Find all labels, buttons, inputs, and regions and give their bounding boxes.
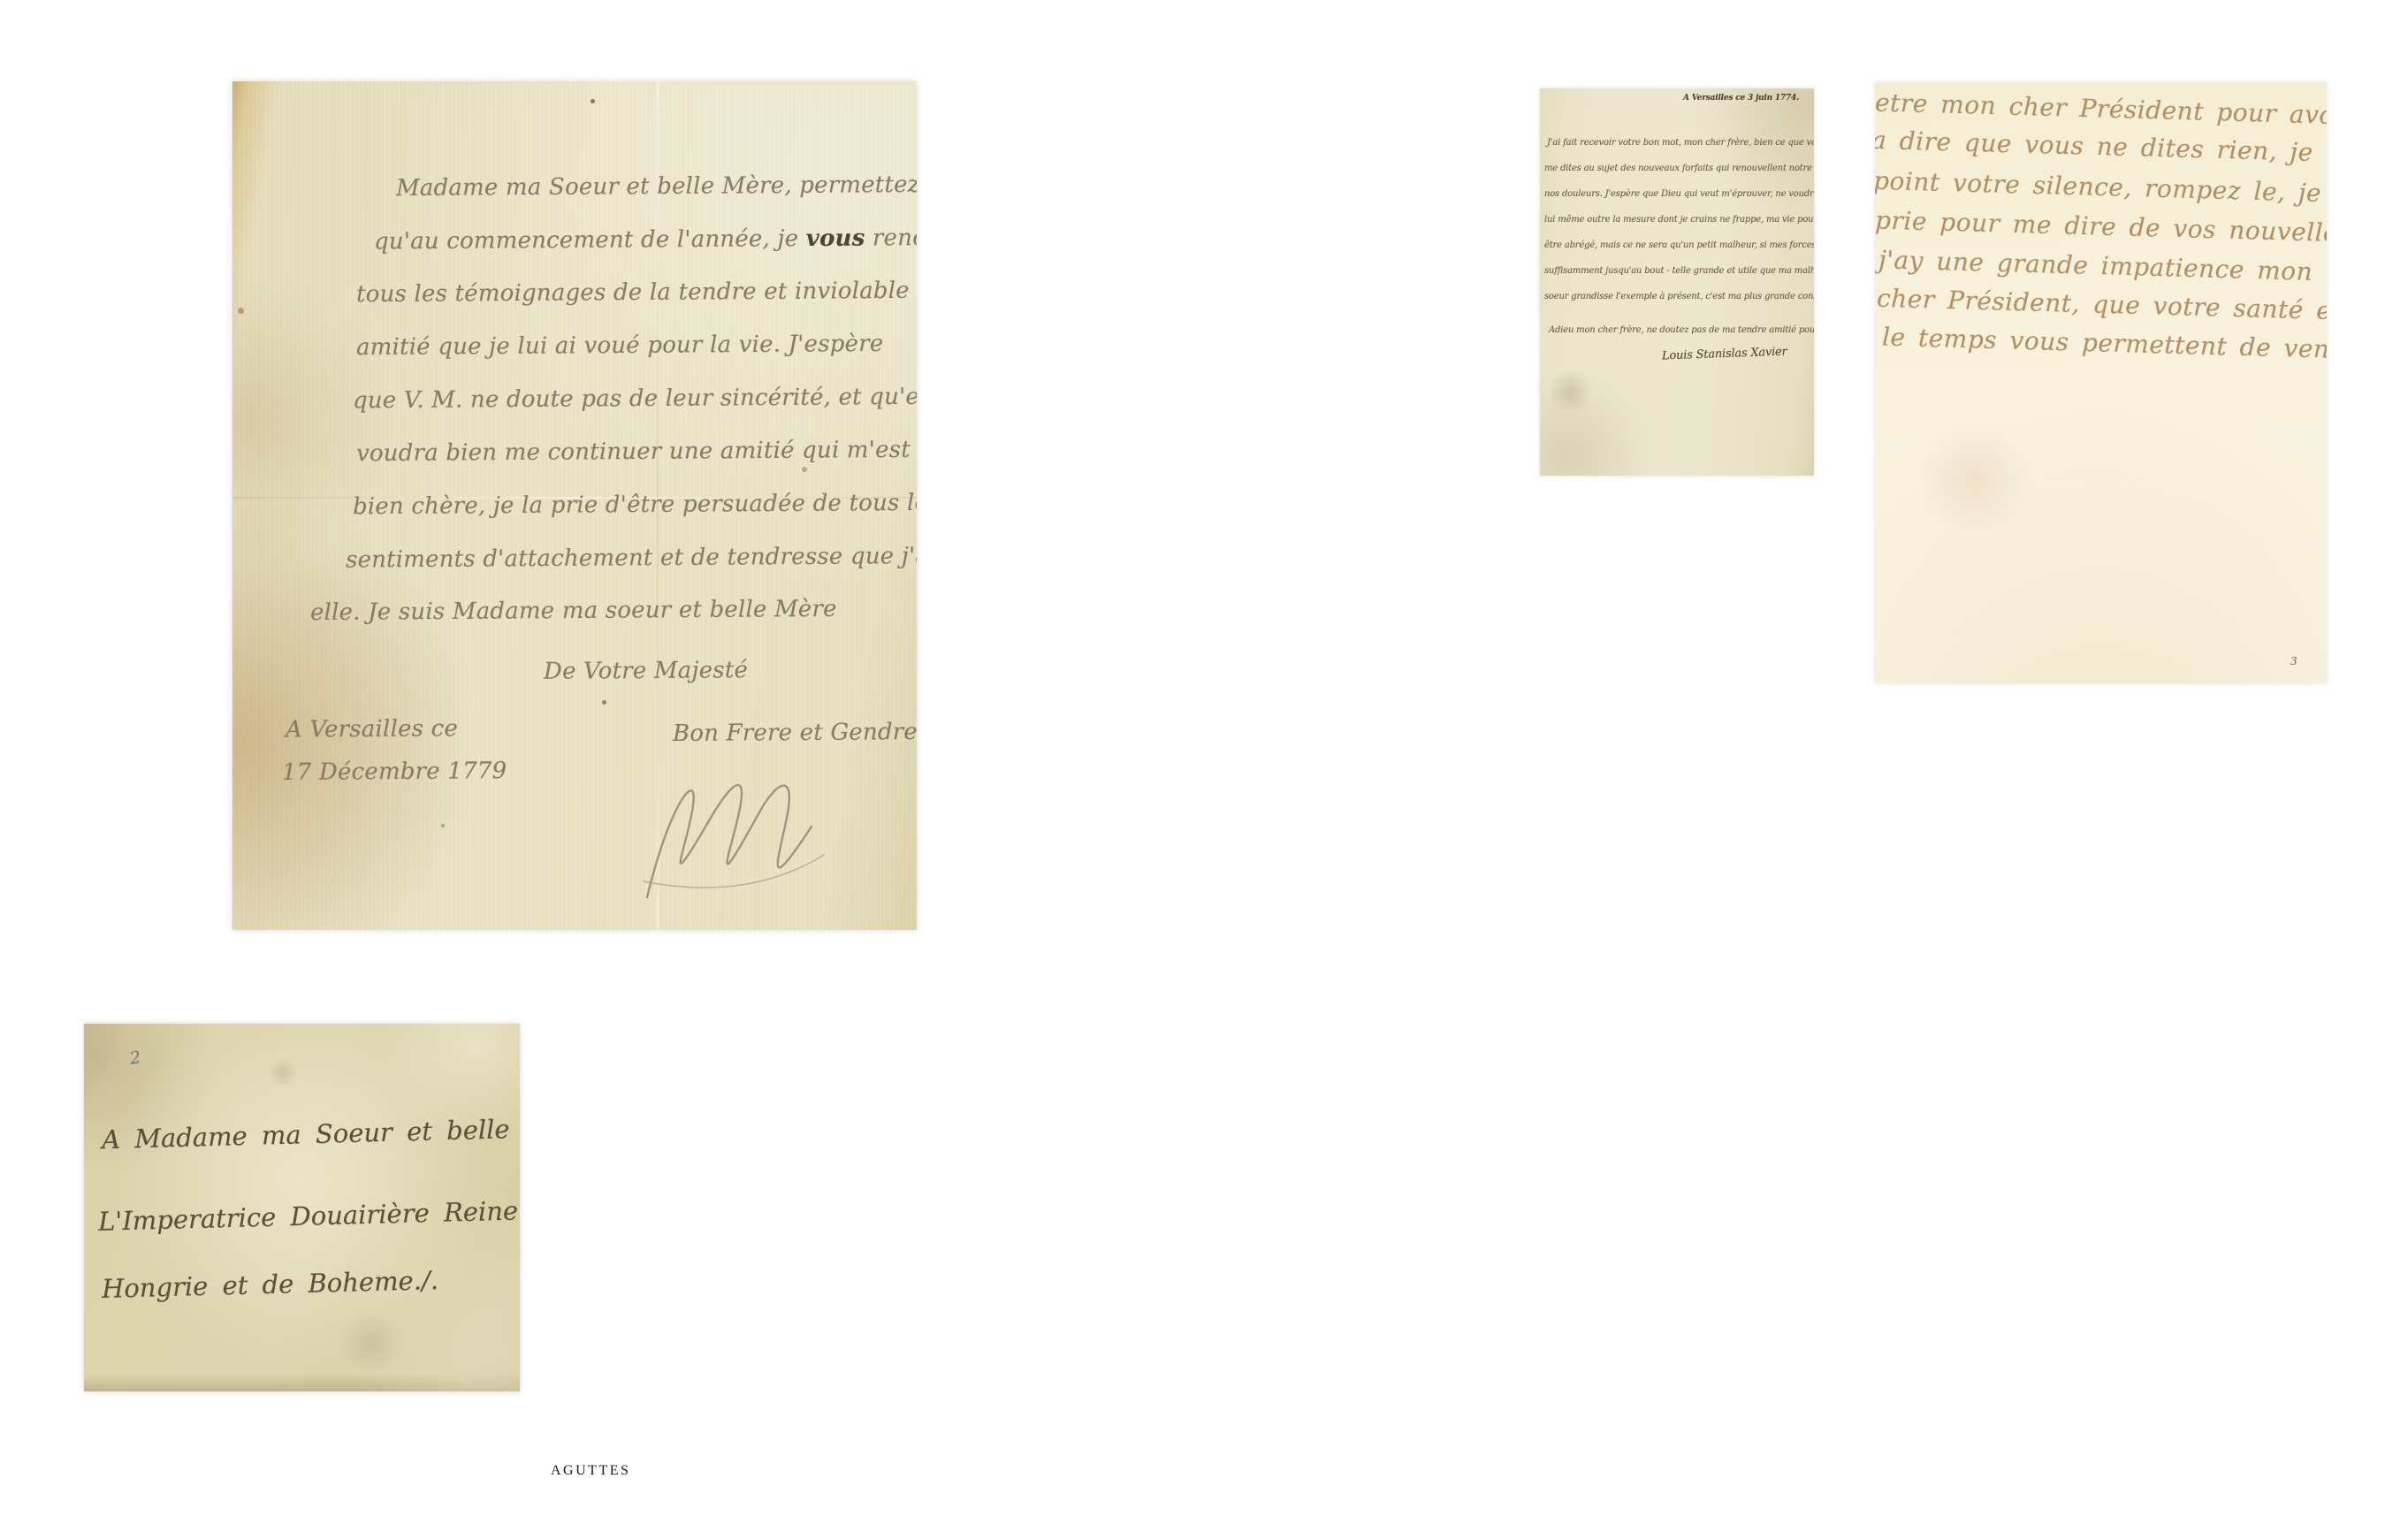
stain-spot [331,1315,411,1368]
date-line: 17 Décembre 1779 [282,758,507,786]
handwriting-line: a dire que vous ne dites rien, je ne com… [1875,126,2327,172]
handwriting-line: lui même outre la mesure dont je crains … [1544,215,1814,225]
dateline: A Versailles ce 3 juin 1774. [1683,94,1799,103]
handwriting-line: amitié que je lui ai voué pour la vie. J… [356,331,884,361]
letter-page-small: A Versailles ce 3 juin 1774. J'ai fait r… [1540,88,1814,476]
foxing-spot [602,700,606,705]
stain-spot [265,1059,301,1086]
foxing-spot [591,99,595,103]
line-text: renouvelle [865,225,917,252]
overwritten-word: vous [806,225,865,252]
handwriting-line: elle. Je suis Madame ma soeur et belle M… [310,596,837,626]
envelope-address-leaf: 2 A Madame ma Soeur et belle Mère L'Impe… [84,1024,520,1391]
auction-house-brand: AGUTTES [551,1463,630,1479]
handwriting-line: J'ai fait recevoir votre bon mot, mon ch… [1547,138,1814,148]
line-text: qu'au commencement de l'année, je [374,225,806,255]
handwriting-line: cher Président, que votre santé et [1877,284,2327,326]
handwriting-line: bien chère, je la prie d'être persuadée … [353,490,917,521]
handwriting-line: nos douleurs. J'espère que Dieu qui veut… [1544,189,1814,199]
foxing-spot [238,308,244,314]
address-line: L'Imperatrice Douairière Reine de [98,1194,520,1237]
handwriting-line: prie pour me dire de vos nouvelles [1875,205,2327,248]
closing-line: De Votre Majesté [544,657,748,685]
address-line: Hongrie et de Boheme./. [102,1265,439,1304]
handwriting-line: être abrégé, mais ce ne sera qu'un petit… [1544,240,1814,250]
letter-page-main: Madame ma Soeur et belle Mère, permettez… [232,81,917,930]
fold-crease-horizontal [232,497,917,499]
ink-smudge [1547,370,1593,414]
handwriting-line: suffisamment jusqu'au bout - telle grand… [1544,266,1814,276]
handwriting-line: voudra bien me continuer une amitié qui … [356,437,911,467]
address-line: A Madame ma Soeur et belle Mère [102,1112,520,1155]
handwriting-line: me dites au sujet des nouveaux forfaits … [1544,164,1814,173]
foxing-spot [802,467,807,472]
handwriting-line: j'ay une grande impatience mon [1878,245,2313,286]
closing-line: Adieu mon cher frère, ne doutez pas de m… [1549,325,1814,335]
handwriting-line: tous les témoignages de la tendre et inv… [356,278,910,308]
signature-flourish-louis [635,749,865,926]
place-line: A Versailles ce [286,715,458,743]
letter-page-script: etre mon cher Président pour avoir trop … [1875,82,2327,683]
handwriting-line: soeur grandisse l'exemple à présent, c'e… [1544,292,1814,301]
handwriting-line: point votre silence, rompez le, je vous [1875,166,2327,210]
handwriting-line: sentiments d'attachement et de tendresse… [346,542,917,573]
page-number-mark: 3 [2290,655,2298,667]
foxing-spot [441,824,445,827]
handwriting-line: que V. M. ne doute pas de leur sincérité… [353,384,917,415]
signature-line: Louis Stanislas Xavier [1662,346,1787,363]
signoff-line: Bon Frere et Gendre [673,719,917,747]
handwriting-line: le temps vous permettent de venir, [1882,323,2327,365]
pencil-numbering: 2 [129,1048,142,1068]
handwriting-line: etre mon cher Président pour avoir trop [1875,88,2327,132]
handwriting-line: qu'au commencement de l'année, je vous r… [374,225,917,255]
